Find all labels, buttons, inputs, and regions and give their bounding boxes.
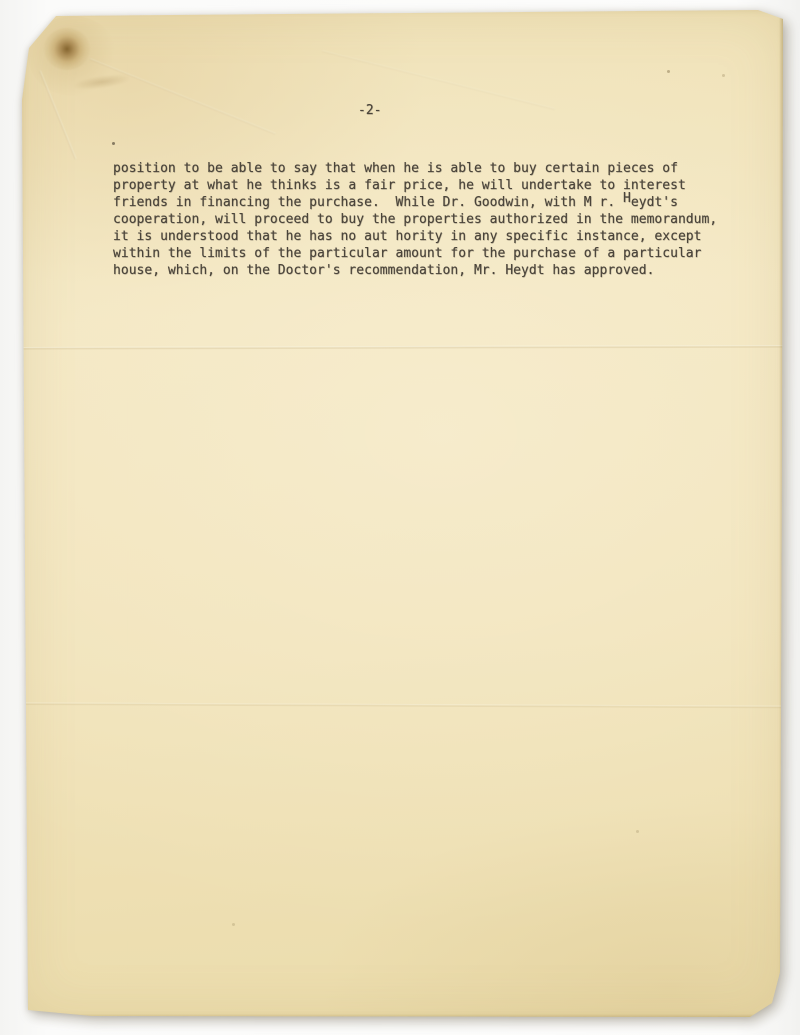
line-text: eydt's xyxy=(631,195,678,210)
typed-line: it is understood that he has no aut hori… xyxy=(113,228,717,245)
line-text: friends in financing the purchase. While… xyxy=(113,195,623,210)
line-text: within the limits of the particular amou… xyxy=(113,246,702,261)
paper-right-edge xyxy=(779,18,784,1000)
paper-speck xyxy=(667,70,670,73)
top-crease xyxy=(322,50,555,110)
line-text: house, which, on the Doctor's recommenda… xyxy=(113,263,654,278)
line-text: property at what he thinks is a fair pri… xyxy=(113,178,686,193)
document-page: -2- position to be able to say that when… xyxy=(22,10,784,1018)
typed-line: position to be able to say that when he … xyxy=(113,160,717,177)
stain-mark xyxy=(44,28,90,70)
paper-bottom-edge xyxy=(26,1014,774,1018)
paper-speck xyxy=(636,830,639,833)
corner-crease xyxy=(90,58,276,135)
typed-paragraph: position to be able to say that when he … xyxy=(113,160,717,279)
scan-background: -2- position to be able to say that when… xyxy=(0,0,800,1035)
typed-line: house, which, on the Doctor's recommenda… xyxy=(113,262,717,279)
typed-line: within the limits of the particular amou… xyxy=(113,245,717,262)
paper-shadow-wrapper: -2- position to be able to say that when… xyxy=(0,0,800,1035)
line-text: cooperation, will proceed to buy the pro… xyxy=(113,212,717,227)
superscript-letter: H xyxy=(623,191,631,206)
fold-crease-lower xyxy=(22,702,784,708)
typed-line: friends in financing the purchase. While… xyxy=(113,194,717,211)
paper-speck xyxy=(232,923,235,926)
paper-speck xyxy=(722,74,725,77)
page-number: -2- xyxy=(358,102,382,119)
typed-line: cooperation, will proceed to buy the pro… xyxy=(113,211,717,228)
line-text: it is understood that he has no aut hori… xyxy=(113,229,702,244)
stray-ink-mark xyxy=(112,142,115,145)
fold-crease-upper xyxy=(22,345,784,350)
line-text: position to be able to say that when he … xyxy=(113,161,678,176)
